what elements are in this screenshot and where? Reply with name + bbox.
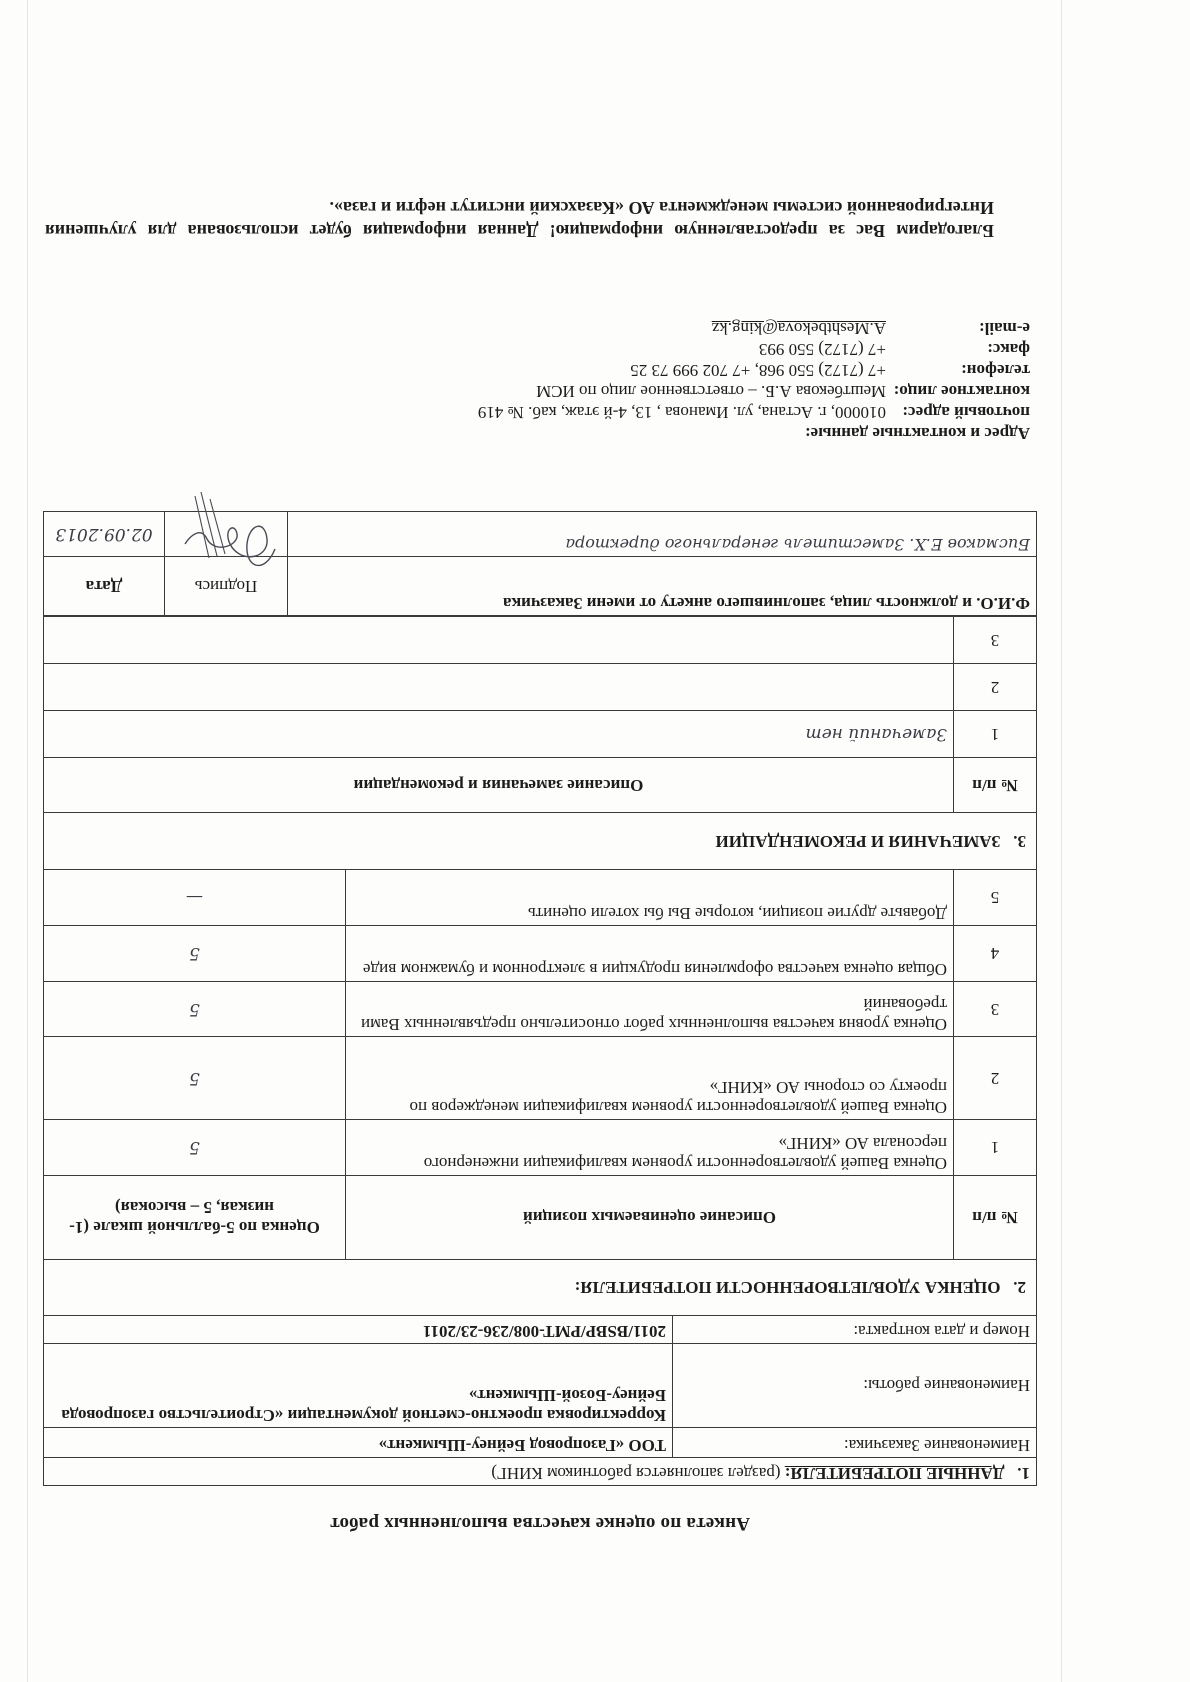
table-row: 3	[44, 617, 1037, 664]
customer-data-table: 1. ДАННЫЕ ПОТРЕБИТЕЛЯ: (раздел заполняет…	[43, 1315, 1037, 1486]
contact-row: факс: +7 (7172) 550 993	[478, 339, 1030, 360]
field-label: Наименование Заказчика:	[673, 1428, 1037, 1458]
section2-heading: 2. ОЦЕНКА УДОВЛЕТВОРЕННОСТИ ПОТРЕБИТЕЛЯ:	[44, 1260, 1037, 1316]
scanned-page: Анкета по оценке качества выполненных ра…	[0, 0, 1190, 1682]
column-header: Описание замечания и рекомендации	[44, 758, 954, 813]
row-number: 2	[954, 664, 1037, 711]
table-row: 3 Оценка уровня качества выполненных раб…	[44, 982, 1037, 1037]
contact-row: e-mail: A.Meshtbekova@king.kz	[478, 318, 1030, 339]
section-number: 1.	[1017, 1464, 1030, 1483]
contact-label: почтовый адрес:	[890, 402, 1030, 423]
row-score: —	[44, 870, 346, 926]
signoff-table: Ф.И.О. и должность лица, заполнившего ан…	[43, 511, 1037, 616]
column-header: Подпись	[165, 557, 288, 616]
table-row: 2	[44, 664, 1037, 711]
section-number: 3.	[1013, 832, 1026, 851]
satisfaction-table: 2. ОЦЕНКА УДОВЛЕТВОРЕННОСТИ ПОТРЕБИТЕЛЯ:…	[43, 812, 1037, 1316]
row-number: 1	[954, 711, 1037, 758]
row-number: 5	[954, 870, 1037, 926]
contact-label: e-mail:	[890, 318, 1030, 339]
sign-date: 02.09.2013	[44, 512, 165, 557]
contact-label: контактное лицо:	[890, 381, 1030, 402]
table-row: 2 Оценка Вашей удовлетворенности уровнем…	[44, 1037, 1037, 1120]
row-remark	[44, 664, 954, 711]
section-note: (раздел заполняется работником КИНГ)	[491, 1464, 780, 1483]
column-header: Ф.И.О. и должность лица, заполнившего ан…	[288, 557, 1037, 616]
scan-artifact-line	[27, 0, 28, 1682]
signer-name: Бисмаков Е.Х. Заместитель генерального д…	[288, 512, 1037, 557]
column-header: Описание оцениваемых позиций	[346, 1176, 954, 1260]
contact-value: 010000, г. Астана, ул. Иманова , 13, 4-й…	[478, 402, 886, 423]
table-row: 5 Добавьте другие позиции, которые Вы бы…	[44, 870, 1037, 926]
column-header: № п/п	[954, 1176, 1037, 1260]
column-header: № п/п	[954, 758, 1037, 813]
section1-heading: 1. ДАННЫЕ ПОТРЕБИТЕЛЯ: (раздел заполняет…	[44, 1458, 1037, 1486]
contact-value: Мештбекова А.Б. – ответственное лицо по …	[536, 381, 886, 402]
signature-cell	[165, 512, 288, 557]
row-score: 5	[44, 1037, 346, 1120]
remarks-table: № п/п Описание замечания и рекомендации …	[43, 616, 1037, 813]
row-description: Оценка Вашей удовлетворенности уровнем к…	[346, 1037, 954, 1120]
field-value: ТОО «Газопровод Бейнеу-Шымкент»	[44, 1428, 673, 1458]
field-label: Наименование работы:	[673, 1344, 1037, 1428]
table-row: Бисмаков Е.Х. Заместитель генерального д…	[44, 512, 1037, 557]
contact-row: контактное лицо: Мештбекова А.Б. – ответ…	[478, 381, 1030, 402]
section-title: ДАННЫЕ ПОТРЕБИТЕЛЯ:	[785, 1464, 1005, 1483]
closing-paragraph: Благодарим Вас за предоставленную информ…	[45, 196, 1030, 242]
row-number: 3	[954, 982, 1037, 1037]
contact-value: +7 (7172) 550 968, +7 702 999 73 25	[630, 360, 886, 381]
row-number: 1	[954, 1120, 1037, 1176]
table-row: 1 Оценка Вашей удовлетворенности уровнем…	[44, 1120, 1037, 1176]
row-description: Добавьте другие позиции, которые Вы бы х…	[346, 870, 954, 926]
contact-value: +7 (7172) 550 993	[759, 339, 886, 360]
column-header: Дата	[44, 557, 165, 616]
table-row: Номер и дата контракта: 2011/BSBP/PMT-00…	[44, 1316, 1037, 1344]
row-score: 5	[44, 926, 346, 982]
row-description: Оценка уровня качества выполненных работ…	[346, 982, 954, 1037]
table-row: 4 Общая оценка качества оформления проду…	[44, 926, 1037, 982]
contact-label: факс:	[890, 339, 1030, 360]
section-number: 2.	[1013, 1279, 1026, 1298]
contact-label: телефон:	[890, 360, 1030, 381]
field-value: Корректировка проектно-сметной документа…	[44, 1344, 673, 1428]
column-header: Оценка по 5-балльной шкале (1-низкая, 5 …	[44, 1176, 346, 1260]
contact-row: почтовый адрес: 010000, г. Астана, ул. И…	[478, 402, 1030, 423]
field-value: 2011/BSBP/PMT-008/236-23/2011	[44, 1316, 673, 1344]
row-description: Оценка Вашей удовлетворенности уровнем к…	[346, 1120, 954, 1176]
row-number: 4	[954, 926, 1037, 982]
row-number: 3	[954, 617, 1037, 664]
field-label: Номер и дата контракта:	[673, 1316, 1037, 1344]
row-number: 2	[954, 1037, 1037, 1120]
row-remark: Замечаний нет	[44, 711, 954, 758]
table-row: Наименование Заказчика: ТОО «Газопровод …	[44, 1428, 1037, 1458]
table-row: 1 Замечаний нет	[44, 711, 1037, 758]
contact-row: телефон: +7 (7172) 550 968, +7 702 999 7…	[478, 360, 1030, 381]
section-title: ОЦЕНКА УДОВЛЕТВОРЕННОСТИ ПОТРЕБИТЕЛЯ:	[575, 1279, 1001, 1298]
closing-text: Благодарим Вас за предоставленную информ…	[45, 196, 1030, 242]
document-title: Анкета по оценке качества выполненных ра…	[43, 1512, 1037, 1534]
row-score: 5	[44, 1120, 346, 1176]
table-row: Наименование работы: Корректировка проек…	[44, 1344, 1037, 1428]
scan-artifact-line	[1061, 0, 1062, 1682]
row-description: Общая оценка качества оформления продукц…	[346, 926, 954, 982]
row-score: 5	[44, 982, 346, 1037]
row-remark	[44, 617, 954, 664]
section-title: ЗАМЕЧАНИЯ И РЕКОМЕНДАЦИИ	[716, 832, 1001, 851]
contact-block: Адрес и контактные данные: почтовый адре…	[478, 318, 1030, 444]
section3-heading: 3. ЗАМЕЧАНИЯ И РЕКОМЕНДАЦИИ	[44, 813, 1037, 870]
email-link[interactable]: A.Meshtbekova@king.kz	[712, 318, 886, 339]
contact-heading: Адрес и контактные данные:	[478, 423, 1030, 444]
